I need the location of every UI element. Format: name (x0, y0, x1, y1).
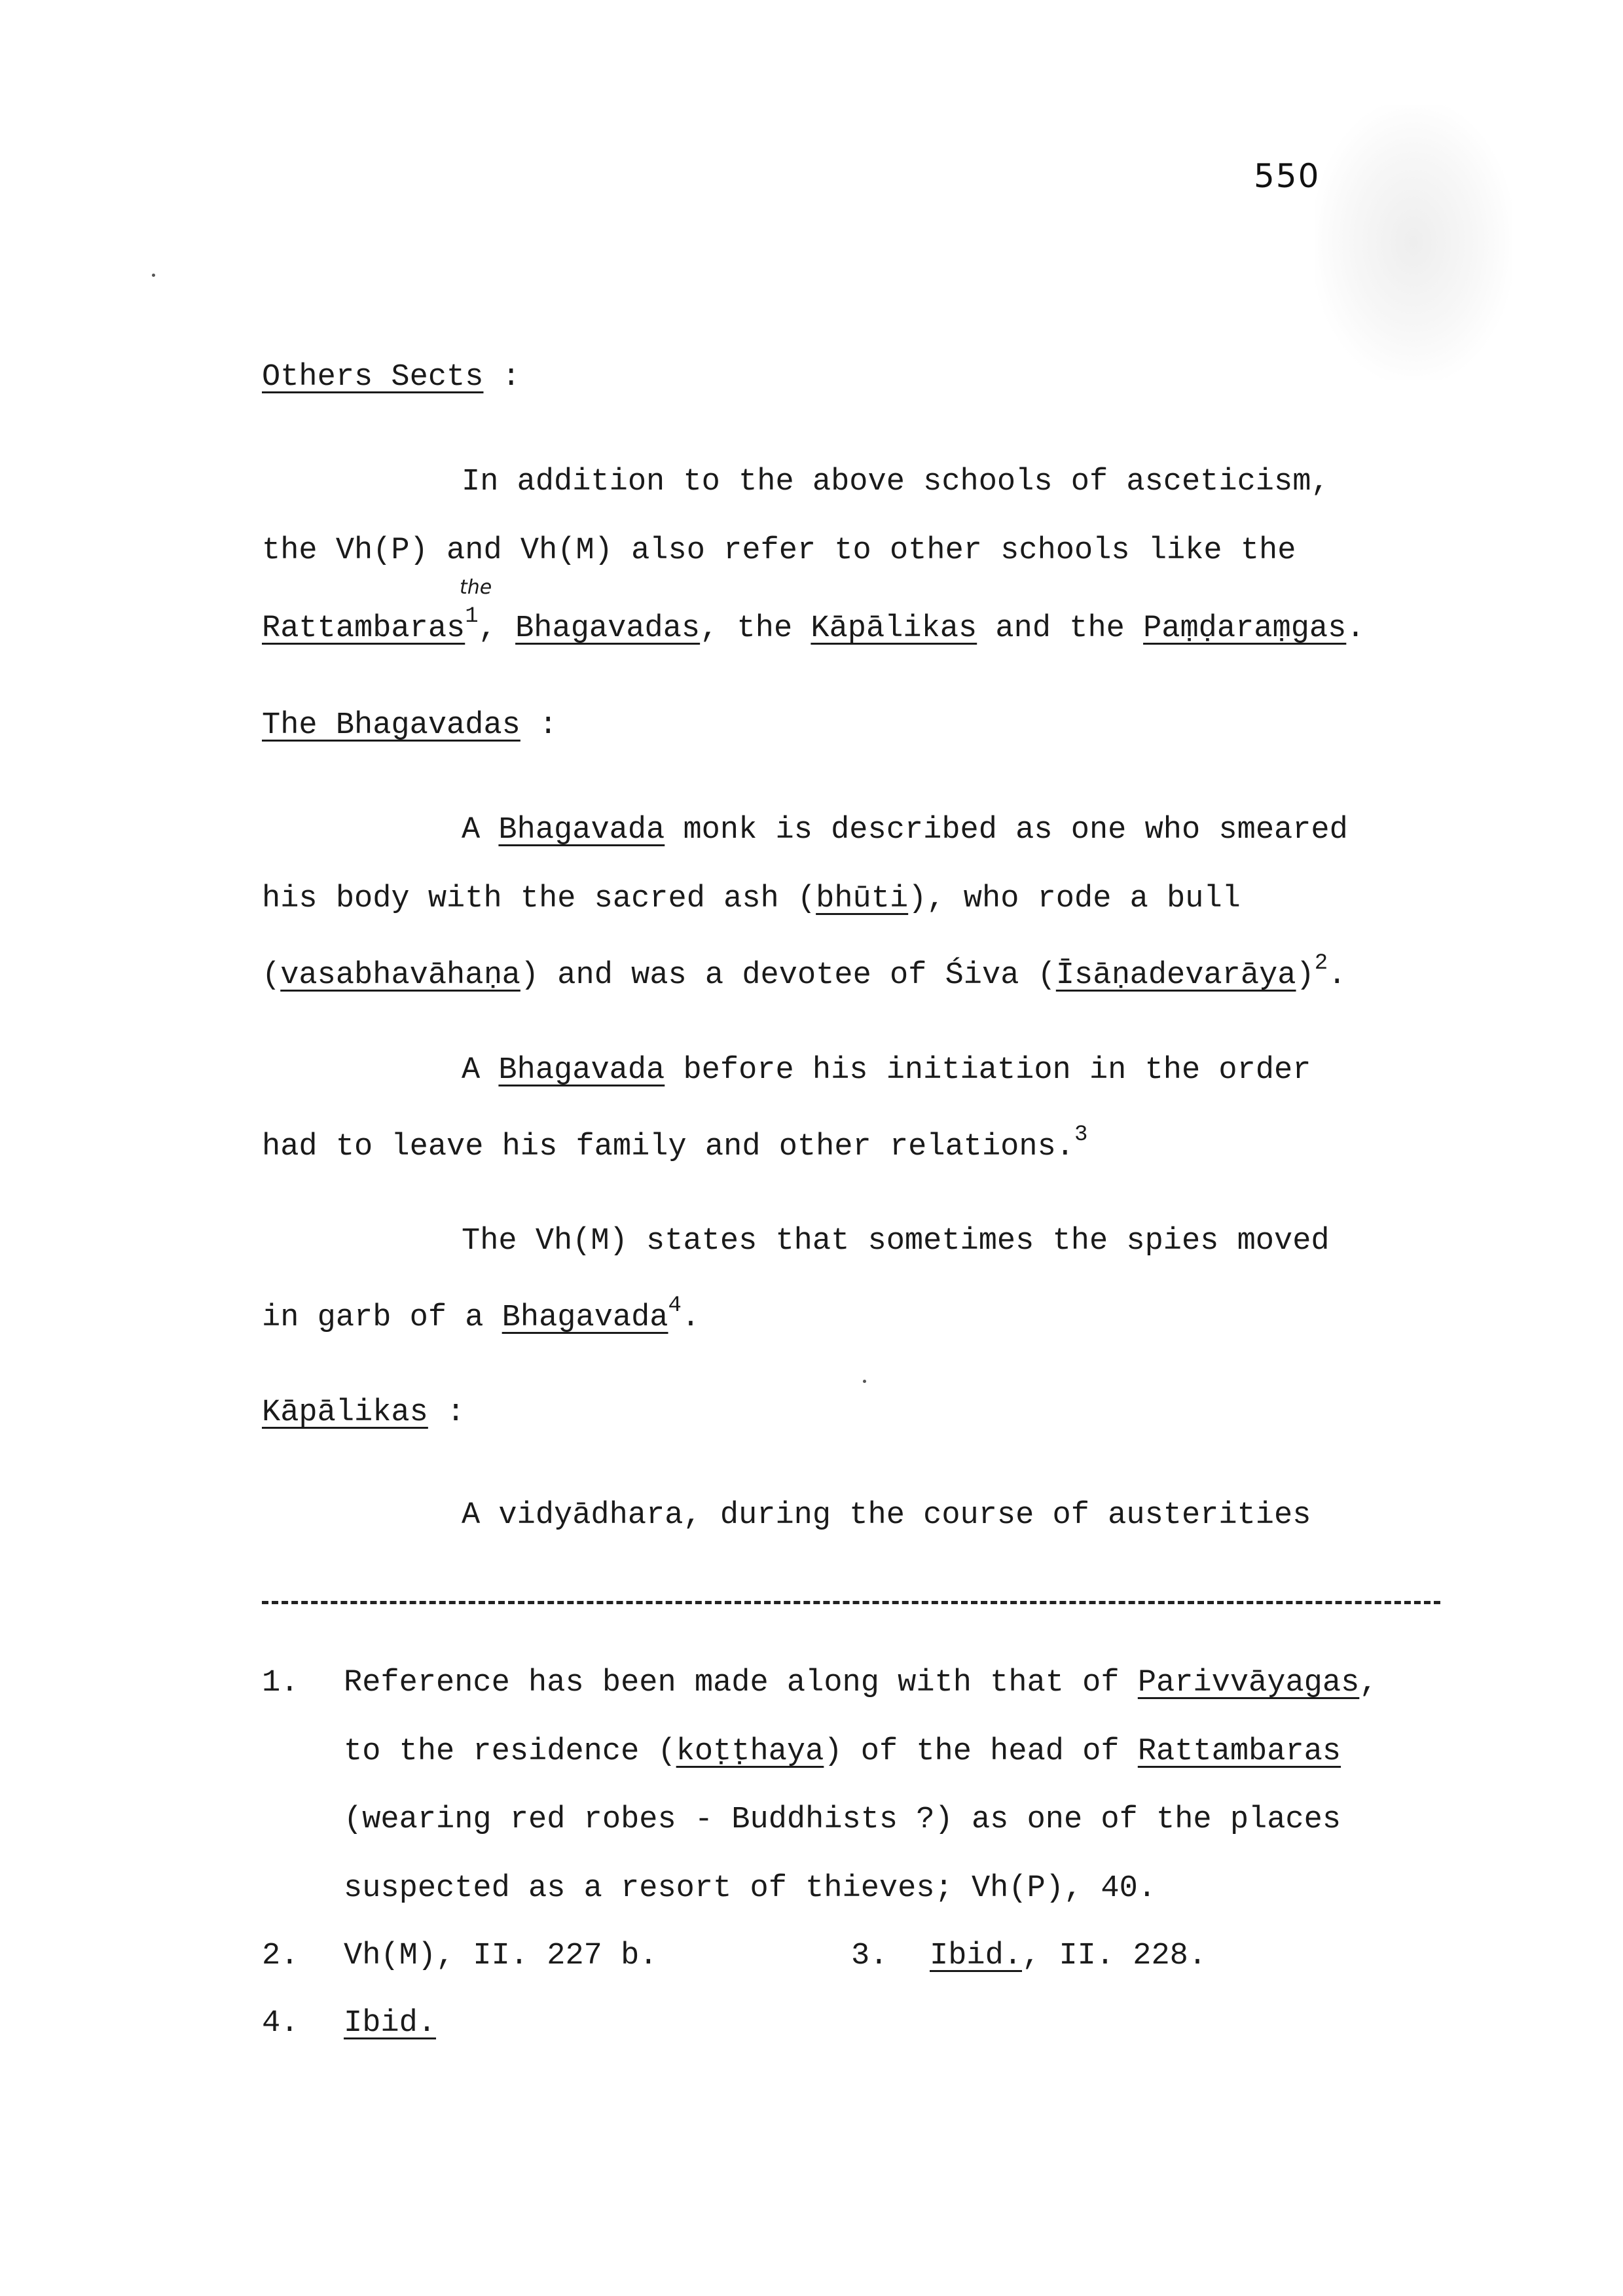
paragraph-line: his body with the sacred ash (bhūti), wh… (262, 884, 1241, 914)
paragraph-line: had to leave his family and other relati… (262, 1124, 1087, 1162)
footnote-line: (wearing red robes - Buddhists ?) as one… (344, 1804, 1341, 1835)
scan-shadow (1315, 105, 1512, 380)
paragraph-line: In addition to the above schools of asce… (462, 467, 1330, 497)
footnote-ref-2: 2 (1315, 951, 1328, 976)
section-heading-others-sects: Others Sects : (262, 362, 520, 393)
footnote-line: to the residence (koṭṭhaya) of the head … (344, 1736, 1341, 1767)
footnote-number: 2. (262, 1941, 299, 1971)
footnote-line: Reference has been made along with that … (344, 1668, 1378, 1698)
paragraph-line: A Bhagavada monk is described as one who… (462, 815, 1348, 846)
scan-speck (152, 274, 155, 277)
paragraph-line: The Vh(M) states that sometimes the spie… (462, 1226, 1330, 1257)
footnote-divider (262, 1601, 1440, 1604)
section-heading-bhagavadas: The Bhagavadas : (262, 710, 557, 741)
paragraph-line: A vidyādhara, during the course of auste… (462, 1500, 1311, 1531)
footnote-line: suspected as a resort of thieves; Vh(P),… (344, 1873, 1156, 1904)
footnote-number: 3. (851, 1941, 888, 1971)
footnote-line: Ibid., II. 228. (930, 1941, 1207, 1971)
paragraph-line: the Vh(P) and Vh(M) also refer to other … (262, 535, 1296, 566)
footnote-ref-4: 4 (668, 1293, 682, 1318)
footnote-line: Ibid. (344, 2008, 436, 2039)
footnote-line: Vh(M), II. 227 b. (344, 1941, 657, 1971)
footnote-ref-1: 1 (465, 604, 478, 629)
page-number: 550 (1254, 157, 1320, 195)
paragraph-line: A Bhagavada before his initiation in the… (462, 1055, 1311, 1086)
scan-speck (863, 1380, 866, 1383)
handwritten-insertion: the (460, 576, 492, 599)
paragraph-line: in garb of a Bhagavada4. (262, 1295, 700, 1333)
paragraph-line: Rattambaras1, Bhagavadas, the Kāpālikas … (262, 605, 1365, 644)
footnote-number: 4. (262, 2008, 299, 2039)
footnote-ref-3: 3 (1074, 1122, 1087, 1147)
paragraph-line: (vasabhavāhaṇa) and was a devotee of Śiv… (262, 952, 1346, 991)
footnote-number: 1. (262, 1668, 299, 1698)
section-heading-kapalikas: Kāpālikas : (262, 1397, 465, 1428)
